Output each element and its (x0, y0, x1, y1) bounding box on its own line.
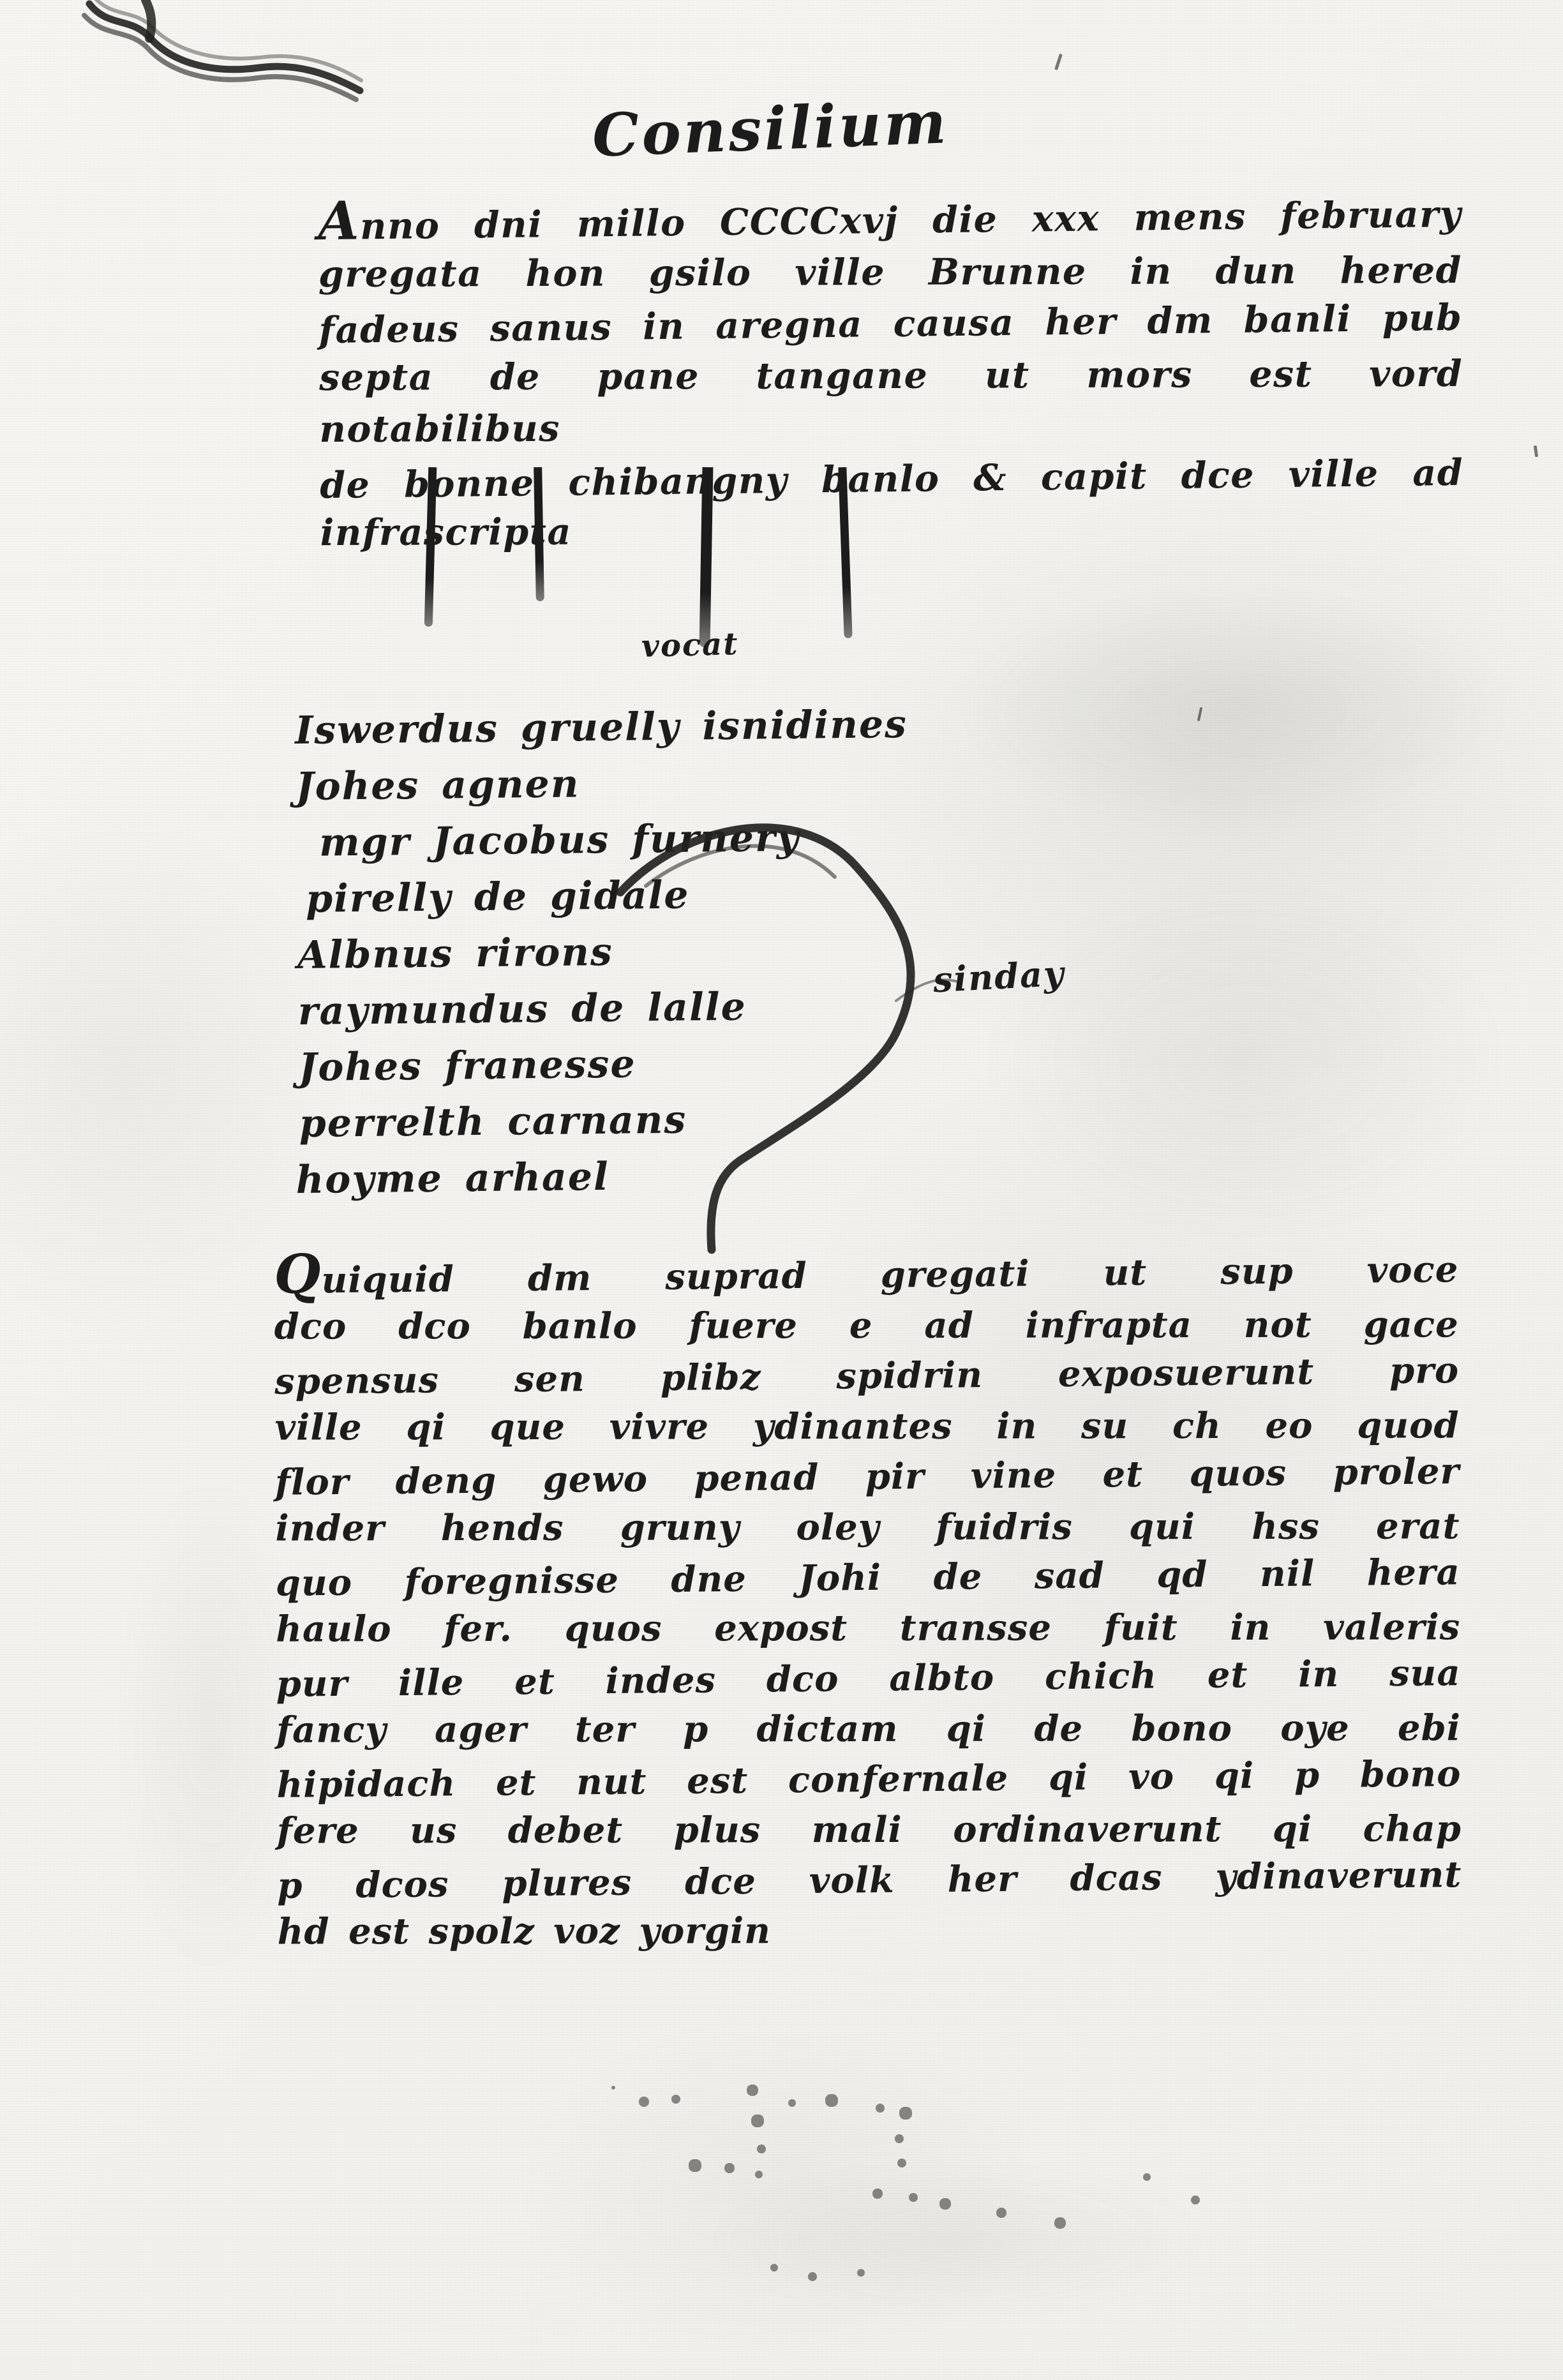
text-line: p dcos plures dce volk her dcas ydinaver… (277, 1850, 1462, 1912)
ink-speck (1197, 707, 1202, 721)
text-line: gregata hon gsilo ville Brunne in dun he… (318, 244, 1462, 300)
text-line: flor deng gewo penad pir vine et quos pr… (275, 1446, 1460, 1508)
text-line: Quiquid dm suprad gregati ut sup voce (274, 1238, 1459, 1306)
text-line: quo foregnisse dne Johi de sad qd nil he… (275, 1547, 1460, 1609)
bleedthrough-smudge (702, 2157, 1213, 2323)
page-title: Consilium (591, 87, 950, 170)
bleedthrough-smudge (932, 574, 1538, 842)
text-line: pur ille et indes dco albto chich et in … (276, 1648, 1461, 1710)
ink-speck (1054, 54, 1063, 70)
text-line: fere us debet plus mali ordinaverunt qi … (277, 1804, 1462, 1856)
opening-paragraph: Anno dni millo CCCCxvj die xxx mens febr… (318, 185, 1464, 560)
text-line: hd est spolz voz yorgin (278, 1905, 1462, 1957)
resolution-paragraph: Quiquid dm suprad gregati ut sup voce dc… (274, 1240, 1462, 1959)
bleedthrough-smudge (957, 862, 1532, 1257)
text-line: fancy ager ter p dictam qi de bono oye e… (276, 1703, 1461, 1755)
ink-speck (1534, 445, 1538, 458)
text-line: haulo fer. quos expost transse fuit in v… (276, 1602, 1460, 1654)
text-line: spensus sen plibz spidrin exposuerunt pr… (274, 1345, 1460, 1407)
ink-flourish (56, 0, 414, 130)
text-line: Anno dni millo CCCCxvj die xxx mens febr… (318, 183, 1462, 253)
manuscript-page: Consilium Anno dni millo CCCCxvj die xxx… (0, 0, 1563, 2380)
brace-label: sinday (932, 953, 1065, 1001)
text-line: fadeus sanus in aregna causa her dm banl… (318, 292, 1463, 356)
ink-speckle-cluster (611, 2086, 615, 2090)
center-word: vocat (641, 626, 739, 664)
grouping-brace-icon (608, 790, 965, 1275)
text-line: de bonne chibangny banlo & capit dce vil… (320, 447, 1464, 511)
text-line: septa de pane tangane ut mors est vord n… (319, 348, 1463, 455)
text-line: hipidach et nut est confernale qi vo qi … (276, 1749, 1462, 1811)
ink-descender (699, 467, 714, 647)
text-line: infrascripta (320, 503, 1464, 558)
text-line: inder hends gruny oley fuidris qui hss e… (275, 1501, 1460, 1553)
attendee-name: Iswerdus gruelly isnidines (295, 696, 908, 759)
text-line: dco dco banlo fuere e ad infrapta not ga… (274, 1299, 1459, 1352)
text-line: ville qi que vivre ydinantes in su ch eo… (275, 1400, 1460, 1453)
